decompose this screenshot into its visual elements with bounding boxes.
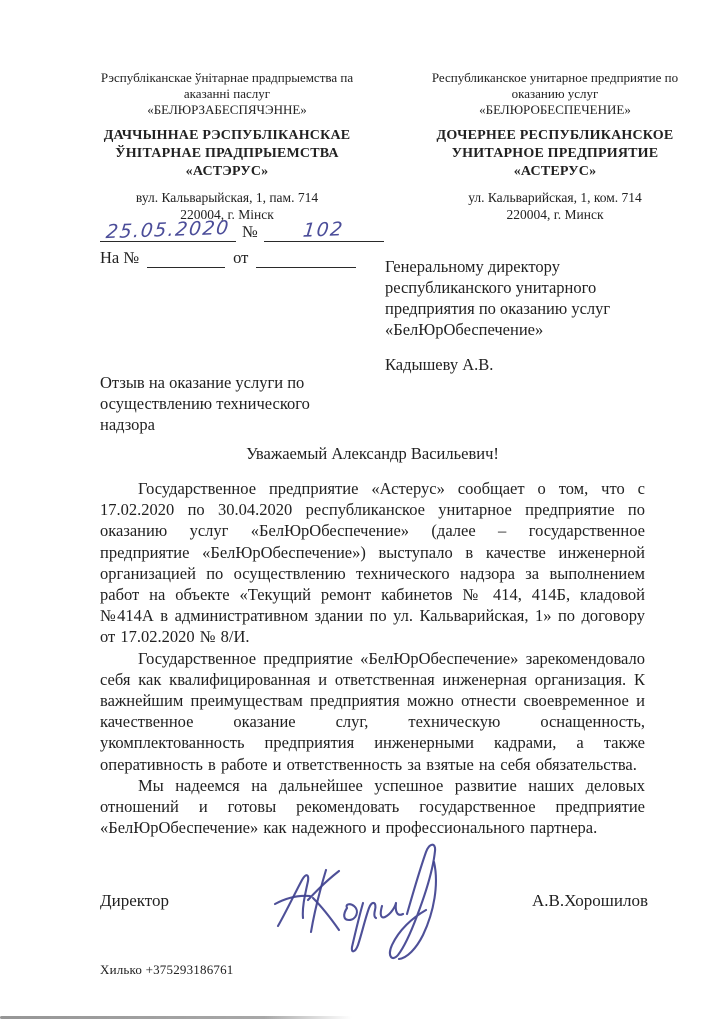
subsidiary-by-line3: «АСТЭРУС» [66, 163, 388, 181]
subsidiary-name-ru: ДОЧЕРНЕЕ РЕСПУБЛИКАНСКОЕ УНИТАРНОЕ ПРЕДП… [398, 127, 712, 181]
recipient-block: Генеральному директору республиканского … [385, 256, 705, 375]
reply-from-label: от [233, 248, 248, 268]
scanned-letter-page: Рэспубліканскае ўнітарнае прадпрыемства … [0, 0, 724, 1024]
recipient-line4: «БелЮрОбеспечение» [385, 319, 705, 340]
reply-prefix-label: На № [100, 248, 139, 268]
subsidiary-name-by: ДАЧЧЫННАЕ РЭСПУБЛІКАНСКАЕ ЎНІТАРНАЕ ПРАД… [66, 127, 388, 181]
address-ru: ул. Кальварийская, 1, ком. 714 220004, г… [398, 189, 712, 223]
recipient-line3: предприятия по оказанию услуг [385, 298, 705, 319]
org-by-line1: Рэспубліканскае ўнітарнае прадпрыемства … [66, 70, 388, 86]
recipient-line2: республиканского унитарного [385, 277, 705, 298]
number-sign: № [242, 222, 258, 242]
reply-to-line: На № от [100, 245, 410, 268]
org-ru-line3: «БЕЛЮРОБЕСПЕЧЕНИЕ» [398, 102, 712, 118]
letterhead-right-russian: Республиканское унитарное предприятие по… [398, 70, 712, 223]
reply-date-blank [256, 267, 356, 268]
outgoing-number-underline: 102 [264, 219, 384, 242]
address-ru-street: ул. Кальварийская, 1, ком. 714 [398, 189, 712, 206]
org-ru-line1: Республиканское унитарное предприятие по [398, 70, 712, 86]
scan-artifact-line [0, 1016, 352, 1019]
executor-contact: Хилько +375293186761 [100, 962, 234, 978]
subsidiary-ru-line2: УНИТАРНОЕ ПРЕДПРИЯТИЕ [398, 145, 712, 163]
outgoing-line: 25.05.2020 № 102 [100, 211, 410, 242]
org-name-ru: Республиканское унитарное предприятие по… [398, 70, 712, 118]
paragraph-1: Государственное предприятие «Астерус» со… [100, 478, 645, 648]
paragraph-3: Мы надеемся на дальнейшее успешное разви… [100, 775, 645, 839]
signer-title: Директор [100, 891, 169, 911]
subsidiary-ru-line3: «АСТЕРУС» [398, 163, 712, 181]
letterhead-left-belarusian: Рэспубліканскае ўнітарнае прадпрыемства … [66, 70, 388, 223]
org-ru-line2: оказанию услуг [398, 86, 712, 102]
reference-block: 25.05.2020 № 102 На № от [100, 211, 410, 268]
handwritten-date: 25.05.2020 [105, 217, 231, 243]
signer-name: А.В.Хорошилов [532, 891, 648, 911]
handwritten-number: 102 [302, 218, 345, 242]
subsidiary-ru-line1: ДОЧЕРНЕЕ РЕСПУБЛИКАНСКОЕ [398, 127, 712, 145]
subsidiary-by-line2: ЎНІТАРНАЕ ПРАДПРЫЕМСТВА [66, 145, 388, 163]
org-by-line2: аказанні паслуг [66, 86, 388, 102]
org-by-line3: «БЕЛЮРЗАБЕСПЯЧЭННЕ» [66, 102, 388, 118]
address-ru-city: 220004, г. Минск [398, 206, 712, 223]
salutation: Уважаемый Александр Васильевич! [100, 444, 645, 464]
org-name-by: Рэспубліканскае ўнітарнае прадпрыемства … [66, 70, 388, 118]
signature-row: Директор А.В.Хорошилов [100, 891, 648, 911]
recipient-line1: Генеральному директору [385, 256, 705, 277]
subject-block: Отзыв на оказание услуги по осуществлени… [100, 372, 342, 435]
reply-number-blank [147, 267, 225, 268]
outgoing-date-underline: 25.05.2020 [100, 219, 236, 242]
address-by-street: вул. Кальварыйская, 1, пам. 714 [66, 189, 388, 206]
subsidiary-by-line1: ДАЧЧЫННАЕ РЭСПУБЛІКАНСКАЕ [66, 127, 388, 145]
recipient-name: Кадышеву А.В. [385, 354, 705, 375]
letter-body: Государственное предприятие «Астерус» со… [100, 478, 645, 838]
paragraph-2: Государственное предприятие «БелЮрОбеспе… [100, 648, 645, 775]
